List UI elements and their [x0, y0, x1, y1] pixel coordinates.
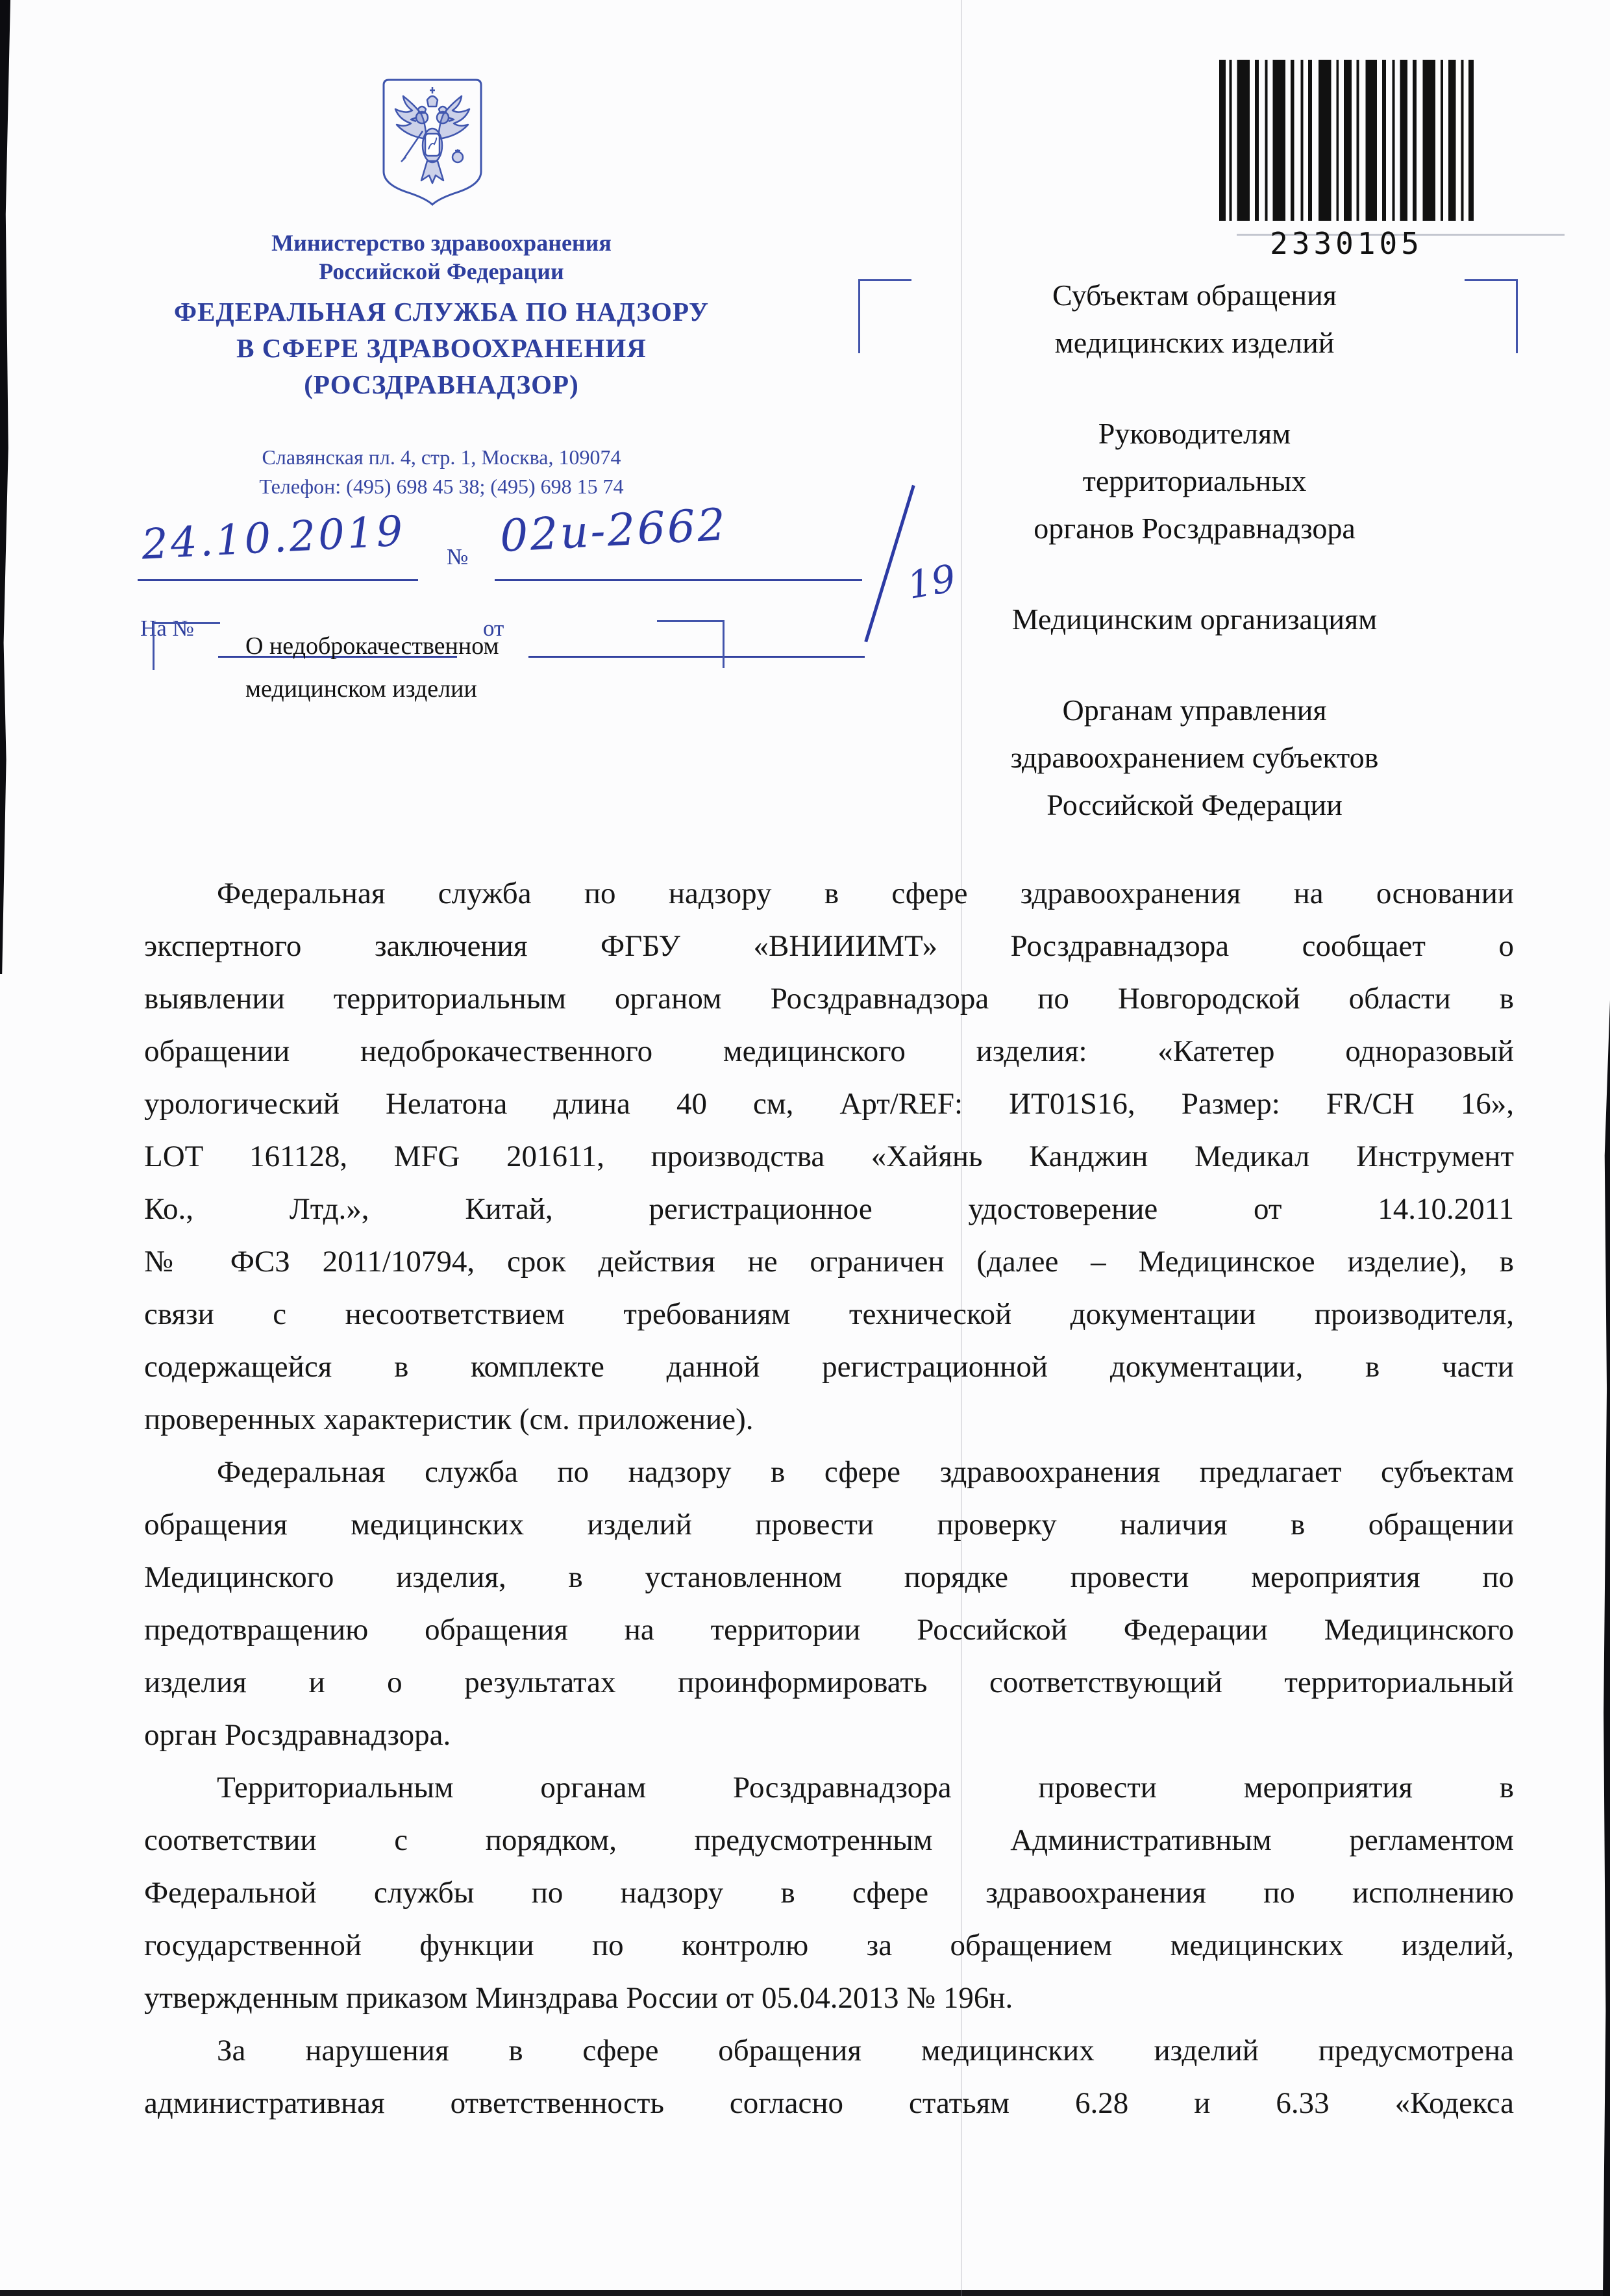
recipient-line: территориальных: [902, 457, 1487, 505]
scan-edge-artifact-left: [0, 0, 10, 974]
service-name-line2: В СФЕРЕ ЗДРАВООХРАНЕНИЯ: [117, 330, 766, 366]
recipient-line: здравоохранением субъектов: [902, 734, 1487, 781]
body-line: Федеральной службы по надзору в сфере зд…: [144, 1867, 1514, 1919]
recipient-group: Органам управления здравоохранением субъ…: [902, 686, 1487, 829]
scan-edge-artifact-bottom: [0, 2290, 1610, 2296]
body-line: обращении недоброкачественного медицинск…: [144, 1025, 1514, 1078]
body-line: государственной функции по контролю за о…: [144, 1919, 1514, 1972]
letterhead-address: Славянская пл. 4, стр. 1, Москва, 109074: [117, 443, 766, 472]
scanned-letter-page: Министерство здравоохранения Российской …: [0, 0, 1610, 2296]
service-name: ФЕДЕРАЛЬНАЯ СЛУЖБА ПО НАДЗОРУ В СФЕРЕ ЗД…: [117, 293, 766, 403]
subject-corner-mark-left: [153, 622, 155, 670]
ministry-name-line2: Российской Федерации: [117, 257, 766, 286]
body-line: связи с несоответствием требованиям техн…: [144, 1288, 1514, 1341]
subject-corner-mark-right: [657, 620, 724, 622]
body-line: выявлении территориальным органом Росздр…: [144, 973, 1514, 1025]
body-line: экспертного заключения ФГБУ «ВНИИИМТ» Ро…: [144, 920, 1514, 973]
outgoing-date-handwritten: 24.10.2019: [140, 507, 406, 569]
body-line: изделия и о результатах проинформировать…: [144, 1656, 1514, 1709]
service-name-line3: (РОСЗДРАВНАДЗОР): [117, 366, 766, 403]
letterhead-phone: Телефон: (495) 698 45 38; (495) 698 15 7…: [117, 472, 766, 501]
barcode-icon: [1219, 60, 1474, 221]
subject-line2: медицинском изделии: [245, 668, 674, 710]
recipient-line: Медицинским организациям: [902, 595, 1487, 643]
subject-line1: О недоброкачественном: [245, 625, 674, 668]
outgoing-number-handwritten: 02и-2662: [499, 499, 728, 562]
body-line: содержащейся в комплекте данной регистра…: [144, 1341, 1514, 1393]
body-line: проверенных характеристик (см. приложени…: [144, 1393, 1514, 1446]
recipient-group: Руководителям территориальных органов Ро…: [902, 410, 1487, 552]
subject-block: О недоброкачественном медицинском издели…: [245, 625, 674, 710]
recipient-corner-mark-left: [858, 279, 860, 353]
body-line: За нарушения в сфере обращения медицинск…: [144, 2025, 1514, 2077]
body-line: утвержденным приказом Минздрава России о…: [144, 1972, 1514, 2025]
recipient-line: Руководителям: [902, 410, 1487, 457]
recipient-corner-mark-right: [1516, 279, 1518, 353]
recipient-line: Российской Федерации: [902, 781, 1487, 829]
service-name-line1: ФЕДЕРАЛЬНАЯ СЛУЖБА ПО НАДЗОРУ: [117, 293, 766, 330]
scan-edge-artifact-right: [1603, 1000, 1610, 2296]
na-no-label: На №: [140, 616, 194, 642]
recipient-line: органов Росздравнадзора: [902, 505, 1487, 552]
number-underline: [495, 579, 862, 581]
number-sign: №: [447, 544, 468, 570]
barcode-number: 2330105: [1219, 226, 1474, 261]
body-line: Федеральная служба по надзору в сфере зд…: [144, 867, 1514, 920]
recipient-line: медицинских изделий: [902, 319, 1487, 366]
subject-corner-mark-left: [153, 622, 220, 624]
recipient-line: Субъектам обращения: [902, 271, 1487, 319]
body-line: № ФСЗ 2011/10794, срок действия не огран…: [144, 1236, 1514, 1288]
recipient-line: Органам управления: [902, 686, 1487, 734]
date-underline: [138, 579, 418, 581]
body-line: Медицинского изделия, в установленном по…: [144, 1551, 1514, 1604]
body-line: Ко., Лтд.», Китай, регистрационное удост…: [144, 1183, 1514, 1236]
letterhead-contacts: Славянская пл. 4, стр. 1, Москва, 109074…: [117, 443, 766, 501]
body-line: административная ответственность согласн…: [144, 2077, 1514, 2130]
body-line: Федеральная служба по надзору в сфере зд…: [144, 1446, 1514, 1499]
letter-body: Федеральная служба по надзору в сфере зд…: [144, 867, 1514, 2130]
body-line: предотвращению обращения на территории Р…: [144, 1604, 1514, 1656]
subject-corner-mark-right: [723, 620, 724, 668]
body-line: LOT 161128, MFG 201611, производства «Ха…: [144, 1130, 1514, 1183]
russia-coat-of-arms-icon: [380, 77, 485, 208]
body-line: соответствии с порядком, предусмотренным…: [144, 1814, 1514, 1867]
body-line: обращения медицинских изделий провести п…: [144, 1499, 1514, 1551]
recipient-group: Медицинским организациям: [902, 595, 1487, 643]
body-line: орган Росздравнадзора.: [144, 1709, 1514, 1762]
recipient-group: Субъектам обращения медицинских изделий: [902, 271, 1487, 366]
recipients-block: Субъектам обращения медицинских изделий …: [902, 271, 1487, 872]
body-line: Территориальным органам Росздравнадзора …: [144, 1762, 1514, 1814]
ministry-name: Министерство здравоохранения Российской …: [117, 229, 766, 286]
body-line: урологический Нелатона длина 40 см, Арт/…: [144, 1078, 1514, 1130]
ministry-name-line1: Министерство здравоохранения: [117, 229, 766, 257]
